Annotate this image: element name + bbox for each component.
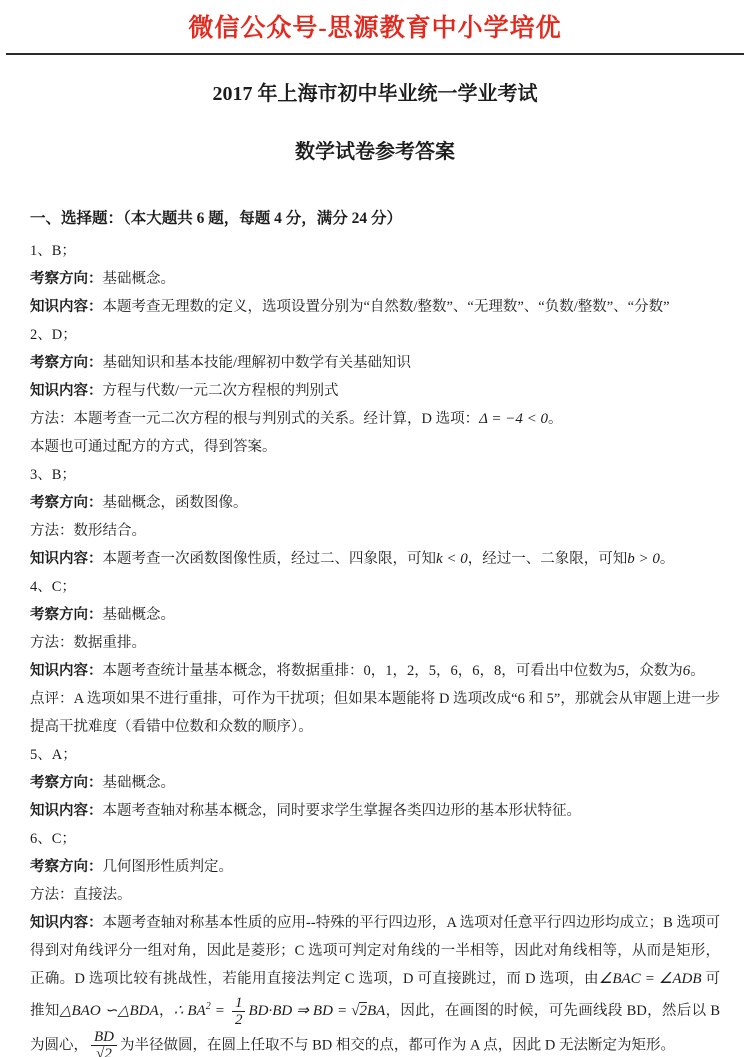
text-run: 基础知识和基本技能/理解初中数学有关基础知识 (103, 355, 412, 371)
fraction-numerator: 1 (232, 995, 246, 1012)
detail-paragraph: 考察方向：基础知识和基本技能/理解初中数学有关基础知识 (30, 349, 720, 377)
paragraph-label: 考察方向： (30, 859, 103, 875)
math-expression: △BAO ∽△BDA (60, 1003, 159, 1019)
paragraph-label: 方法： (30, 635, 74, 651)
math-fraction: BD√2 (91, 1029, 117, 1057)
question-block-5: 5、A；考察方向：基础概念。知识内容：本题考查轴对称基本概念，同时要求学生掌握各… (30, 741, 720, 825)
text-run: 。 (690, 663, 705, 679)
math-expression: b > 0 (627, 551, 660, 567)
detail-paragraph: 知识内容：方程与代数/一元二次方程根的判别式 (30, 377, 720, 405)
text-run: A 选项如果不进行重排，可作为干扰项；但如果本题能将 D 选项改成“6 和 5”… (30, 691, 720, 735)
paragraph-label: 考察方向： (30, 271, 103, 287)
answer-line: 2、D； (30, 321, 720, 349)
detail-paragraph: 考察方向：基础概念。 (30, 265, 720, 293)
text-run: ， (159, 1003, 174, 1019)
text-run: 数据重排。 (74, 635, 147, 651)
text-run: 本题考查无理数的定义，选项设置分别为“自然数/整数”、“无理数”、“负数/整数”… (103, 299, 670, 315)
math-expression: BD·BD ⇒ BD = (248, 1003, 351, 1019)
paragraph-label: 点评： (30, 691, 74, 707)
paragraph-label: 考察方向： (30, 355, 103, 371)
paragraph-label: 方法： (30, 411, 74, 427)
text-run: ，经过一、二象限，可知 (468, 551, 628, 567)
fraction-denominator: √2 (91, 1045, 117, 1057)
detail-paragraph: 知识内容：本题考查无理数的定义，选项设置分别为“自然数/整数”、“无理数”、“负… (30, 293, 720, 321)
detail-paragraph: 方法：本题考查一元二次方程的根与判别式的关系。经计算，D 选项：Δ = −4 <… (30, 405, 720, 433)
paragraph-label: 知识内容： (30, 299, 103, 315)
paragraph-label: 知识内容： (30, 915, 103, 931)
fraction-denominator: 2 (232, 1011, 246, 1029)
math-expression: 5 (617, 663, 625, 679)
detail-paragraph: 本题也可通过配方的方式，得到答案。 (30, 433, 720, 461)
detail-paragraph: 方法：直接法。 (30, 881, 720, 909)
answer-key-subtitle: 数学试卷参考答案 (30, 139, 720, 165)
text-run: 本题考查一元二次方程的根与判别式的关系。经计算，D 选项： (74, 411, 480, 427)
detail-paragraph: 考察方向：几何图形性质判定。 (30, 853, 720, 881)
section-heading: 一、选择题：（本大题共 6 题，每题 4 分，满分 24 分） (30, 207, 720, 231)
answer-line: 1、B； (30, 237, 720, 265)
math-expression: BA (367, 1003, 385, 1019)
text-run: 基础概念。 (103, 775, 176, 791)
math-expression: Δ = −4 < 0 (479, 411, 548, 427)
detail-paragraph: 方法：数据重排。 (30, 629, 720, 657)
text-run: 本题也可通过配方的方式，得到答案。 (30, 439, 277, 455)
question-block-3: 3、B；考察方向：基础概念，函数图像。方法：数形结合。知识内容：本题考查一次函数… (30, 461, 720, 573)
detail-paragraph: 考察方向：基础概念。 (30, 769, 720, 797)
question-block-4: 4、C；考察方向：基础概念。方法：数据重排。知识内容：本题考查统计量基本概念，将… (30, 573, 720, 741)
text-run: 本题考查轴对称基本概念，同时要求学生掌握各类四边形的基本形状特征。 (103, 803, 582, 819)
radicand: 2 (359, 1002, 367, 1019)
paragraph-label: 方法： (30, 523, 74, 539)
math-fraction: 12 (232, 995, 246, 1029)
math-square-root: √2 (351, 1002, 367, 1019)
text-run: 方程与代数/一元二次方程根的判别式 (103, 383, 339, 399)
math-expression: = (211, 1003, 229, 1019)
answer-line: 6、C； (30, 825, 720, 853)
math-expression: ∴ BA (174, 1003, 206, 1019)
text-run: 。 (660, 551, 675, 567)
detail-paragraph: 知识内容：本题考查一次函数图像性质，经过二、四象限，可知k < 0，经过一、二象… (30, 545, 720, 573)
detail-paragraph: 考察方向：基础概念，函数图像。 (30, 489, 720, 517)
answer-line: 3、B； (30, 461, 720, 489)
paragraph-label: 考察方向： (30, 775, 103, 791)
fraction-numerator: BD (91, 1029, 117, 1046)
math-expression: k < 0 (436, 551, 468, 567)
paragraph-label: 知识内容： (30, 551, 103, 567)
question-block-1: 1、B；考察方向：基础概念。知识内容：本题考查无理数的定义，选项设置分别为“自然… (30, 237, 720, 321)
detail-paragraph: 知识内容：本题考查轴对称基本性质的应用--特殊的平行四边形，A 选项对任意平行四… (30, 909, 720, 1057)
math-expression: ∠BAC = ∠ADB (599, 971, 702, 987)
text-run: ，众数为 (625, 663, 683, 679)
paragraph-label: 方法： (30, 887, 74, 903)
text-run: 基础概念。 (103, 271, 176, 287)
answer-line: 4、C； (30, 573, 720, 601)
text-run: 基础概念。 (103, 607, 176, 623)
detail-paragraph: 方法：数形结合。 (30, 517, 720, 545)
exam-title: 2017 年上海市初中毕业统一学业考试 (30, 81, 720, 107)
text-run: 。 (548, 411, 563, 427)
answer-line: 5、A； (30, 741, 720, 769)
text-run: 数形结合。 (74, 523, 147, 539)
question-block-2: 2、D；考察方向：基础知识和基本技能/理解初中数学有关基础知识知识内容：方程与代… (30, 321, 720, 461)
paragraph-label: 知识内容： (30, 663, 103, 679)
detail-paragraph: 考察方向：基础概念。 (30, 601, 720, 629)
text-run: 为半径做圆，在圆上任取不与 BD 相交的点，都可作为 A 点，因此 D 无法断定… (120, 1037, 675, 1053)
detail-paragraph: 知识内容：本题考查轴对称基本概念，同时要求学生掌握各类四边形的基本形状特征。 (30, 797, 720, 825)
question-block-6: 6、C；考察方向：几何图形性质判定。方法：直接法。知识内容：本题考查轴对称基本性… (30, 825, 720, 1057)
text-run: 本题考查一次函数图像性质，经过二、四象限，可知 (103, 551, 437, 567)
text-run: 本题考查统计量基本概念，将数据重排：0，1，2，5，6，6，8，可看出中位数为 (103, 663, 618, 679)
wechat-banner-title: 微信公众号-思源教育中小学培优 (30, 0, 720, 46)
header-divider (6, 53, 744, 55)
text-run: 直接法。 (74, 887, 132, 903)
text-run: 几何图形性质判定。 (103, 859, 234, 875)
answers-list: 1、B；考察方向：基础概念。知识内容：本题考查无理数的定义，选项设置分别为“自然… (30, 237, 720, 1057)
document-page: 微信公众号-思源教育中小学培优 2017 年上海市初中毕业统一学业考试 数学试卷… (0, 0, 750, 1057)
paragraph-label: 知识内容： (30, 803, 103, 819)
detail-paragraph: 点评：A 选项如果不进行重排，可作为干扰项；但如果本题能将 D 选项改成“6 和… (30, 685, 720, 741)
text-run: 基础概念，函数图像。 (103, 495, 248, 511)
paragraph-label: 考察方向： (30, 495, 103, 511)
paragraph-label: 考察方向： (30, 607, 103, 623)
paragraph-label: 知识内容： (30, 383, 103, 399)
detail-paragraph: 知识内容：本题考查统计量基本概念，将数据重排：0，1，2，5，6，6，8，可看出… (30, 657, 720, 685)
